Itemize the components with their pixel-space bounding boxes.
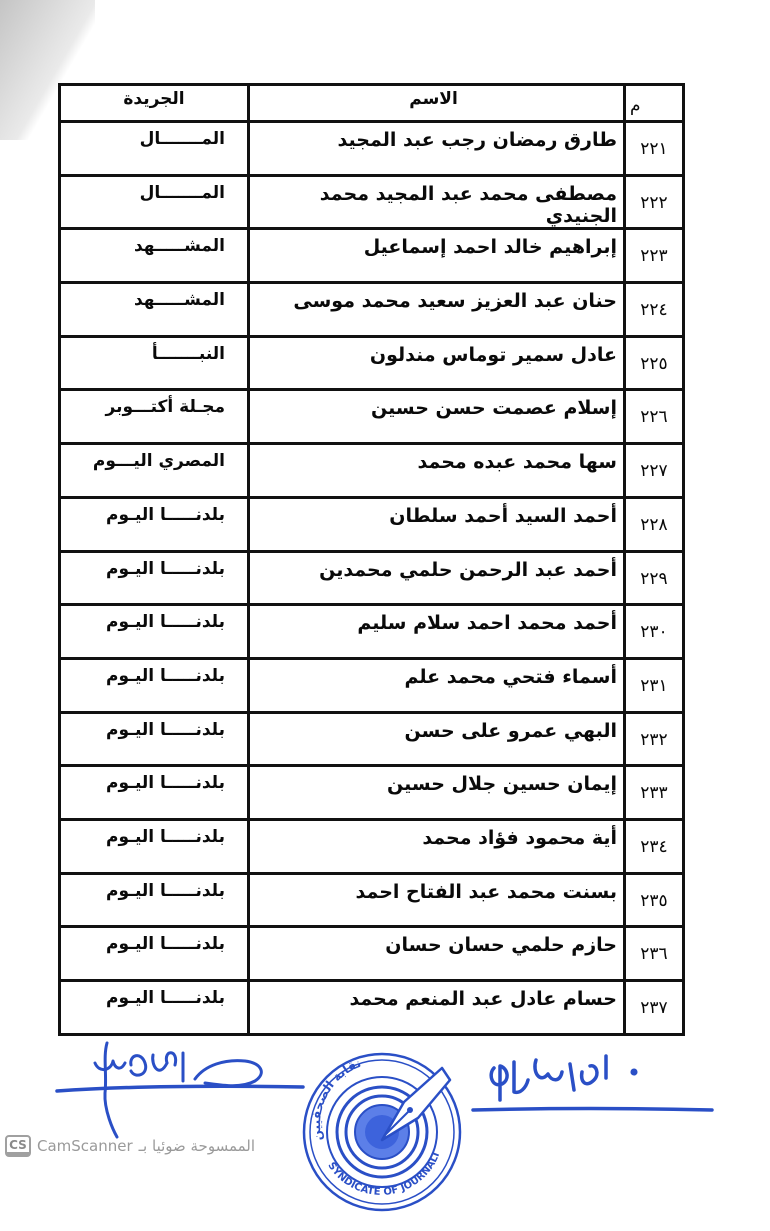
row-newspaper: بلدنـــــا اليـوم xyxy=(61,875,247,926)
header-newspaper: الجريدة xyxy=(61,86,247,120)
row-name: إبراهيم خالد احمد إسماعيل xyxy=(247,230,623,281)
row-number: ٢٢٨ xyxy=(623,499,682,550)
table-row: ٢٣٥بسنت محمد عبد الفتاح احمدبلدنـــــا ا… xyxy=(61,872,682,926)
row-number: ٢٣٤ xyxy=(623,821,682,872)
row-name: إيمان حسين جلال حسين xyxy=(247,767,623,818)
row-number: ٢٢٥ xyxy=(623,338,682,389)
table-row: ٢٢٣إبراهيم خالد احمد إسماعيلالمشـــــهد xyxy=(61,227,682,281)
table-row: ٢٣٣إيمان حسين جلال حسينبلدنـــــا اليـوم xyxy=(61,764,682,818)
table-row: ٢٢٥عادل سمير توماس مندلونالنبـــــــأ xyxy=(61,335,682,389)
row-name: البهي عمرو على حسن xyxy=(247,714,623,765)
row-number: ٢٣١ xyxy=(623,660,682,711)
header-number: م xyxy=(623,86,682,120)
row-newspaper: المصري اليـــوم xyxy=(61,445,247,496)
row-name: مصطفى محمد عبد المجيد محمد الجنيدي xyxy=(247,177,623,228)
row-name: أحمد محمد احمد سلام سليم xyxy=(247,606,623,657)
table-row: ٢٢٩أحمد عبد الرحمن حلمي محمدينبلدنـــــا… xyxy=(61,550,682,604)
header-name: الاسم xyxy=(247,86,623,120)
row-number: ٢٢٢ xyxy=(623,177,682,228)
row-number: ٢٢٣ xyxy=(623,230,682,281)
row-number: ٢٣٠ xyxy=(623,606,682,657)
camscanner-watermark: CS CamScanner الممسوحة ضوئيا بـ xyxy=(5,1135,255,1157)
watermark-arabic-prefix: الممسوحة ضوئيا بـ xyxy=(139,1137,255,1155)
table-row: ٢٣٤أية محمود فؤاد محمدبلدنـــــا اليـوم xyxy=(61,818,682,872)
row-number: ٢٣٢ xyxy=(623,714,682,765)
row-newspaper: المشـــــهد xyxy=(61,230,247,281)
table-row: ٢٣١أسماء فتحي محمد علمبلدنـــــا اليـوم xyxy=(61,657,682,711)
row-name: حنان عبد العزيز سعيد محمد موسى xyxy=(247,284,623,335)
table-row: ٢٢٨أحمد السيد أحمد سلطانبلدنـــــا اليـو… xyxy=(61,496,682,550)
row-name: عادل سمير توماس مندلون xyxy=(247,338,623,389)
row-newspaper: بلدنـــــا اليـوم xyxy=(61,606,247,657)
row-newspaper: بلدنـــــا اليـوم xyxy=(61,767,247,818)
row-number: ٢٢٩ xyxy=(623,553,682,604)
camscanner-logo-icon: CS xyxy=(5,1135,31,1157)
row-newspaper: النبـــــــأ xyxy=(61,338,247,389)
row-newspaper: بلدنـــــا اليـوم xyxy=(61,821,247,872)
table-row: ٢٢٧سها محمد عبده محمدالمصري اليـــوم xyxy=(61,442,682,496)
signature-left xyxy=(55,1035,305,1145)
row-newspaper: بلدنـــــا اليـوم xyxy=(61,714,247,765)
row-newspaper: بلدنـــــا اليـوم xyxy=(61,553,247,604)
row-number: ٢٣٣ xyxy=(623,767,682,818)
row-newspaper: بلدنـــــا اليـوم xyxy=(61,660,247,711)
table-row: ٢٣٠أحمد محمد احمد سلام سليمبلدنـــــا ال… xyxy=(61,603,682,657)
row-newspaper: بلدنـــــا اليـوم xyxy=(61,982,247,1033)
table-row: ٢٢٤حنان عبد العزيز سعيد محمد موسىالمشـــ… xyxy=(61,281,682,335)
table-row: ٢٢١طارق رمضان رجب عبد المجيدالمـــــــال xyxy=(61,120,682,174)
row-number: ٢٢٧ xyxy=(623,445,682,496)
signature-right xyxy=(470,1038,715,1118)
row-name: حازم حلمي حسان حسان xyxy=(247,928,623,979)
table-row: ٢٣٧حسام عادل عبد المنعم محمدبلدنـــــا ا… xyxy=(61,979,682,1033)
table-row: ٢٣٦حازم حلمي حسان حسانبلدنـــــا اليـوم xyxy=(61,925,682,979)
row-name: سها محمد عبده محمد xyxy=(247,445,623,496)
row-name: أحمد عبد الرحمن حلمي محمدين xyxy=(247,553,623,604)
row-number: ٢٢١ xyxy=(623,123,682,174)
row-name: إسلام عصمت حسن حسين xyxy=(247,391,623,442)
row-newspaper: المشـــــهد xyxy=(61,284,247,335)
row-newspaper: بلدنـــــا اليـوم xyxy=(61,499,247,550)
table-row: ٢٢٦إسلام عصمت حسن حسينمجـلة أكتـــوبر xyxy=(61,388,682,442)
row-number: ٢٣٥ xyxy=(623,875,682,926)
table-row: ٢٢٢مصطفى محمد عبد المجيد محمد الجنيديالم… xyxy=(61,174,682,228)
row-number: ٢٢٦ xyxy=(623,391,682,442)
row-name: طارق رمضان رجب عبد المجيد xyxy=(247,123,623,174)
row-newspaper: بلدنـــــا اليـوم xyxy=(61,928,247,979)
row-newspaper: مجـلة أكتـــوبر xyxy=(61,391,247,442)
row-number: ٢٢٤ xyxy=(623,284,682,335)
row-newspaper: المـــــــال xyxy=(61,177,247,228)
syndicate-stamp: نقابة الصحفيين SYNDICATE OF JOURNALISTS xyxy=(300,1040,465,1215)
row-number: ٢٣٧ xyxy=(623,982,682,1033)
row-name: حسام عادل عبد المنعم محمد xyxy=(247,982,623,1033)
row-number: ٢٣٦ xyxy=(623,928,682,979)
row-name: أسماء فتحي محمد علم xyxy=(247,660,623,711)
row-name: بسنت محمد عبد الفتاح احمد xyxy=(247,875,623,926)
table-row: ٢٣٢البهي عمرو على حسنبلدنـــــا اليـوم xyxy=(61,711,682,765)
row-newspaper: المـــــــال xyxy=(61,123,247,174)
journalists-table: م الاسم الجريدة ٢٢١طارق رمضان رجب عبد ال… xyxy=(58,83,685,1036)
row-name: أحمد السيد أحمد سلطان xyxy=(247,499,623,550)
row-name: أية محمود فؤاد محمد xyxy=(247,821,623,872)
watermark-app-name: CamScanner xyxy=(37,1137,133,1155)
table-header-row: م الاسم الجريدة xyxy=(61,86,682,120)
